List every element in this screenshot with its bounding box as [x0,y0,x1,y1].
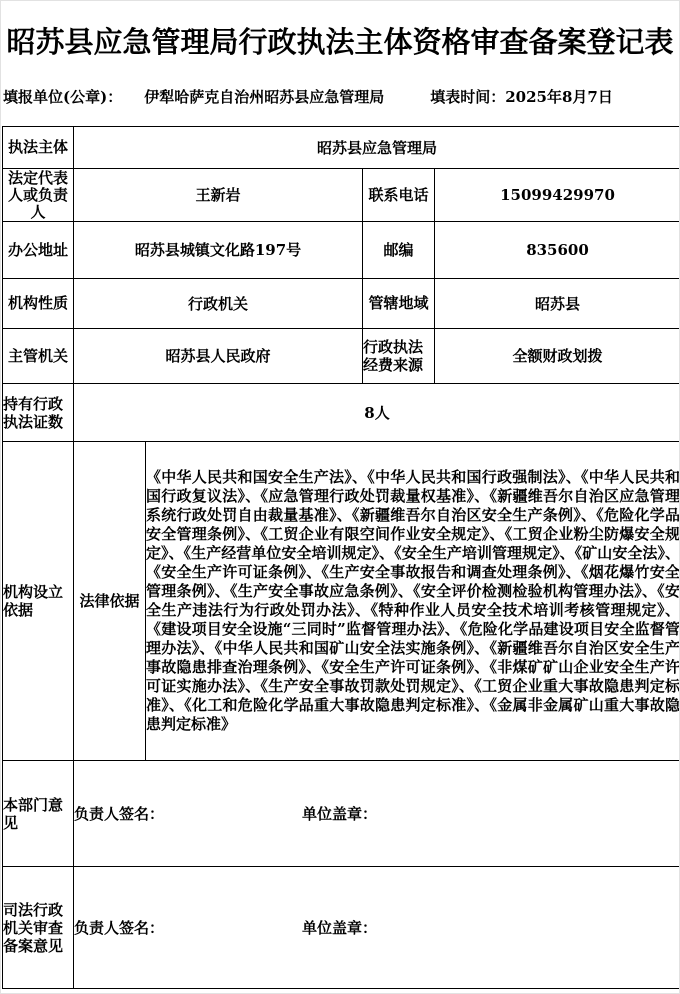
jurisdiction-area-label: 管辖地域 [363,279,435,329]
institution-nature-label: 机构性质 [3,279,74,329]
contact-phone-value: 15099429970 [435,169,680,222]
fill-date-group: 填表时间：2025年8月7日 [430,87,613,107]
department-seal-label: 单位盖章： [302,805,377,823]
fill-date-value: 2025年8月7日 [505,88,613,106]
table-row: 主管机关 昭苏县人民政府 行政执法经费来源 全额财政划拨 [3,329,680,384]
judicial-seal-label: 单位盖章： [302,919,377,937]
enforcement-subject-value: 昭苏县应急管理局 [74,127,680,169]
postal-code-label: 邮编 [363,222,435,279]
table-row: 持有行政执法证数 8人 [3,384,680,442]
supervisor-authority-label: 主管机关 [3,329,74,384]
legal-representative-value: 王新岩 [74,169,363,222]
registration-form-page: 昭苏县应急管理局行政执法主体资格审查备案登记表 填报单位(公章)： 伊犁哈萨克自… [0,0,680,994]
enforcement-subject-label: 执法主体 [3,127,74,169]
funding-source-value: 全额财政划拨 [435,329,680,384]
judicial-signature-label: 负责人签名： [74,919,302,937]
table-row: 执法主体 昭苏县应急管理局 [3,127,680,169]
table-row: 司法行政机关审查备案意见 负责人签名：单位盖章： [3,867,680,989]
table-row: 机构性质 行政机关 管辖地域 昭苏县 [3,279,680,329]
contact-phone-label: 联系电话 [363,169,435,222]
establishment-basis-label: 机构设立依据 [3,442,74,761]
table-row: 机构设立依据 法律依据 《中华人民共和国安全生产法》、《中华人民共和国行政强制法… [3,442,680,761]
office-address-label: 办公地址 [3,222,74,279]
certificate-count-label: 持有行政执法证数 [3,384,74,442]
jurisdiction-area-value: 昭苏县 [435,279,680,329]
table-row: 办公地址 昭苏县城镇文化路197号 邮编 835600 [3,222,680,279]
department-opinion-label: 本部门意见 [3,761,74,867]
fill-date-label: 填表时间： [430,88,505,106]
form-meta-line: 填报单位(公章)： 伊犁哈萨克自治州昭苏县应急管理局 填表时间：2025年8月7… [3,87,679,107]
funding-source-label: 行政执法经费来源 [363,329,435,384]
table-row: 本部门意见 负责人签名：单位盖章： [3,761,680,867]
department-opinion-cell: 负责人签名：单位盖章： [74,761,680,867]
report-unit-label: 填报单位(公章)： [3,87,122,107]
office-address-value: 昭苏县城镇文化路197号 [74,222,363,279]
legal-representative-label: 法定代表人或负责人 [3,169,74,222]
postal-code-value: 835600 [435,222,680,279]
institution-nature-value: 行政机关 [74,279,363,329]
department-signature-label: 负责人签名： [74,805,302,823]
registration-table: 执法主体 昭苏县应急管理局 法定代表人或负责人 王新岩 联系电话 1509942… [2,126,680,989]
judicial-opinion-label: 司法行政机关审查备案意见 [3,867,74,989]
table-row: 法定代表人或负责人 王新岩 联系电话 15099429970 [3,169,680,222]
report-unit-value: 伊犁哈萨克自治州昭苏县应急管理局 [144,87,384,107]
certificate-count-value: 8人 [74,384,680,442]
supervisor-authority-value: 昭苏县人民政府 [74,329,363,384]
legal-basis-label: 法律依据 [74,442,146,761]
page-title: 昭苏县应急管理局行政执法主体资格审查备案登记表 [1,23,679,61]
legal-basis-text: 《中华人民共和国安全生产法》、《中华人民共和国行政强制法》、《中华人民共和国行政… [146,442,680,761]
judicial-opinion-cell: 负责人签名：单位盖章： [74,867,680,989]
